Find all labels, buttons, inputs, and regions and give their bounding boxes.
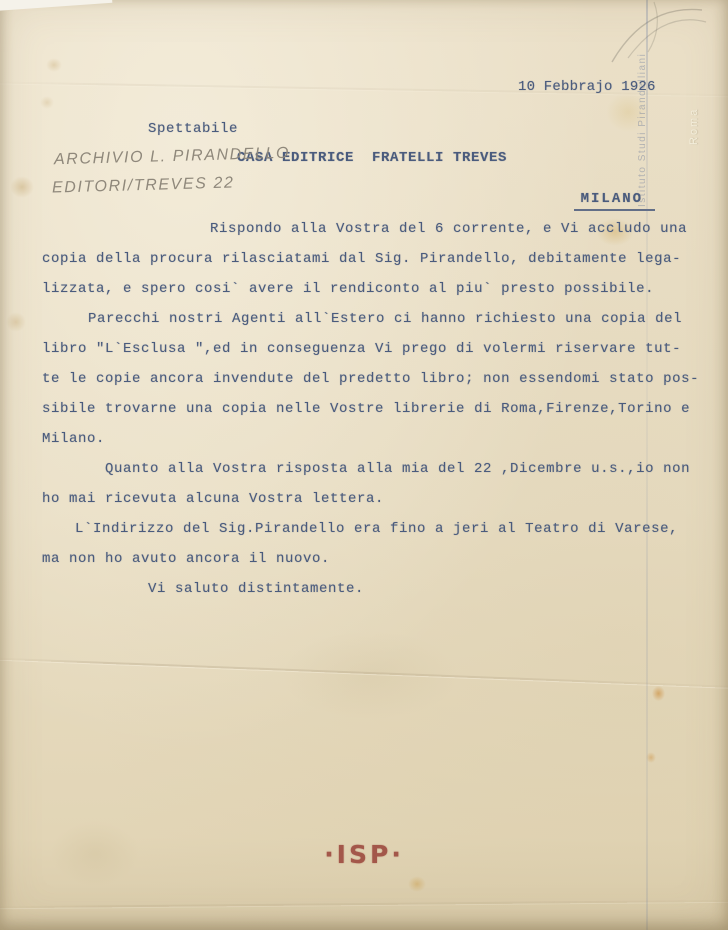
letter-line: ma non ho avuto ancora il nuovo.	[42, 544, 702, 574]
closing-line: Vi saluto distintamente.	[42, 574, 702, 604]
letter-body: Rispondo alla Vostra del 6 corrente, e V…	[42, 214, 702, 604]
fold-crease	[0, 657, 728, 688]
stain	[10, 176, 34, 198]
stain	[280, 630, 460, 720]
letter-date: 10 Febbrajo 1926	[518, 78, 656, 96]
stain	[408, 876, 426, 892]
letter-line: te le copie ancora invendute del predett…	[42, 364, 702, 394]
letter-line: L`Indirizzo del Sig.Pirandello era fino …	[42, 514, 702, 544]
scan-edge	[0, 0, 112, 11]
fold-crease	[0, 900, 728, 909]
archive-note-line2: EDITORI/TREVES 22	[52, 174, 235, 197]
vertical-fold-line	[646, 0, 648, 930]
letter-line: libro "L`Esclusa ",ed in conseguenza Vi …	[42, 334, 702, 364]
letter-line: Rispondo alla Vostra del 6 corrente, e V…	[42, 214, 702, 244]
stain	[652, 686, 665, 701]
stain	[6, 312, 26, 332]
isp-stamp: ·ISP·	[0, 840, 728, 869]
recipient-city-label: MILANO	[574, 191, 655, 211]
letter-scan: Istituto Studi Pirandelliani Roma 10 Feb…	[0, 0, 728, 930]
pencil-scribble	[598, 0, 713, 70]
stain	[40, 96, 54, 109]
embossed-watermark: Roma	[688, 95, 700, 145]
letter-line: ho mai ricevuta alcuna Vostra lettera.	[42, 484, 702, 514]
letter-line: copia della procura rilasciatami dal Sig…	[42, 244, 702, 274]
letter-line: sibile trovarne una copia nelle Vostre l…	[42, 394, 702, 424]
salutation: Spettabile	[148, 120, 238, 138]
stain	[46, 58, 62, 72]
letter-line: Milano.	[42, 424, 702, 454]
letter-line: Quanto alla Vostra risposta alla mia del…	[42, 454, 702, 484]
letter-line: Parecchi nostri Agenti all`Estero ci han…	[42, 304, 702, 334]
letter-line: lizzata, e spero cosi` avere il rendicon…	[42, 274, 702, 304]
